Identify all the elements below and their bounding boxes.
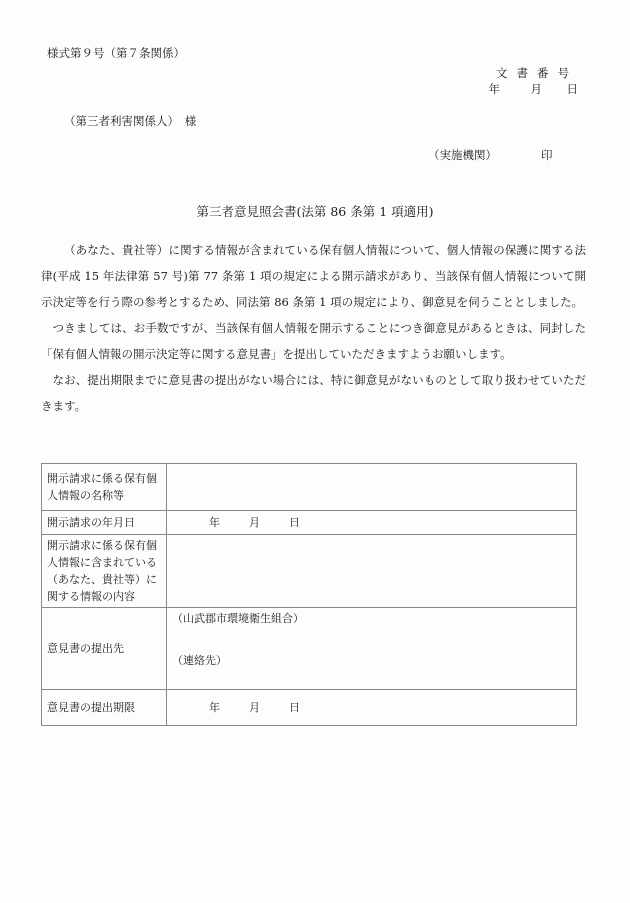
date-month: 月 [249, 514, 289, 531]
document-title: 第三者意見照会書(法第 86 条第 1 項適用) [0, 202, 630, 220]
row-label: 意見書の提出先 [42, 608, 167, 690]
date-day: 日 [567, 81, 579, 97]
table-row: 意見書の提出先 （山武郡市環境衛生組合） （連絡先） [42, 608, 577, 690]
date-year: 年 [489, 81, 531, 97]
row-value [167, 464, 577, 511]
request-date-value: 年月日 [167, 511, 577, 535]
row-label: 開示請求の年月日 [42, 511, 167, 535]
table-row: 開示請求に係る保有個人情報に含まれている（あなた、貴社等）に関する情報の内容 [42, 535, 577, 608]
agency: （実施機関） [428, 147, 497, 163]
table-row: 意見書の提出期限 年月日 [42, 690, 577, 726]
document-number-label: 文書番号 [496, 65, 578, 81]
row-label: 意見書の提出期限 [42, 690, 167, 726]
table-row: 開示請求に係る保有個人情報の名称等 [42, 464, 577, 511]
recipient: （第三者利害関係人） 様 [64, 113, 196, 129]
issue-date: 年月日 [489, 81, 579, 97]
date-year: 年 [209, 514, 249, 531]
form-number: 様式第９号（第７条関係） [47, 45, 185, 61]
destination-contact: （連絡先） [172, 652, 571, 669]
seal-mark: 印 [541, 147, 553, 163]
paragraph: つきましては、お手数ですが、当該保有個人情報を開示することにつき御意見があるとき… [41, 315, 586, 367]
date-month: 月 [249, 699, 289, 716]
paragraph: なお、提出期限までに意見書の提出がない場合には、特に御意見がないものとして取り扱… [41, 367, 586, 419]
date-month: 月 [531, 81, 567, 97]
paragraph: （あなた、貴社等）に関する情報が含まれている保有個人情報について、個人情報の保護… [41, 237, 586, 315]
info-table: 開示請求に係る保有個人情報の名称等 開示請求の年月日 年月日 開示請求に係る保有… [41, 463, 577, 726]
date-year: 年 [209, 699, 249, 716]
row-label: 開示請求に係る保有個人情報の名称等 [42, 464, 167, 511]
date-day: 日 [289, 514, 300, 531]
row-value [167, 535, 577, 608]
submission-destination: （山武郡市環境衛生組合） （連絡先） [167, 608, 577, 690]
deadline-date-value: 年月日 [167, 690, 577, 726]
body-text: （あなた、貴社等）に関する情報が含まれている保有個人情報について、個人情報の保護… [41, 237, 586, 419]
table-row: 開示請求の年月日 年月日 [42, 511, 577, 535]
row-label: 開示請求に係る保有個人情報に含まれている（あなた、貴社等）に関する情報の内容 [42, 535, 167, 608]
destination-org: （山武郡市環境衛生組合） [172, 610, 571, 627]
date-day: 日 [289, 699, 300, 716]
